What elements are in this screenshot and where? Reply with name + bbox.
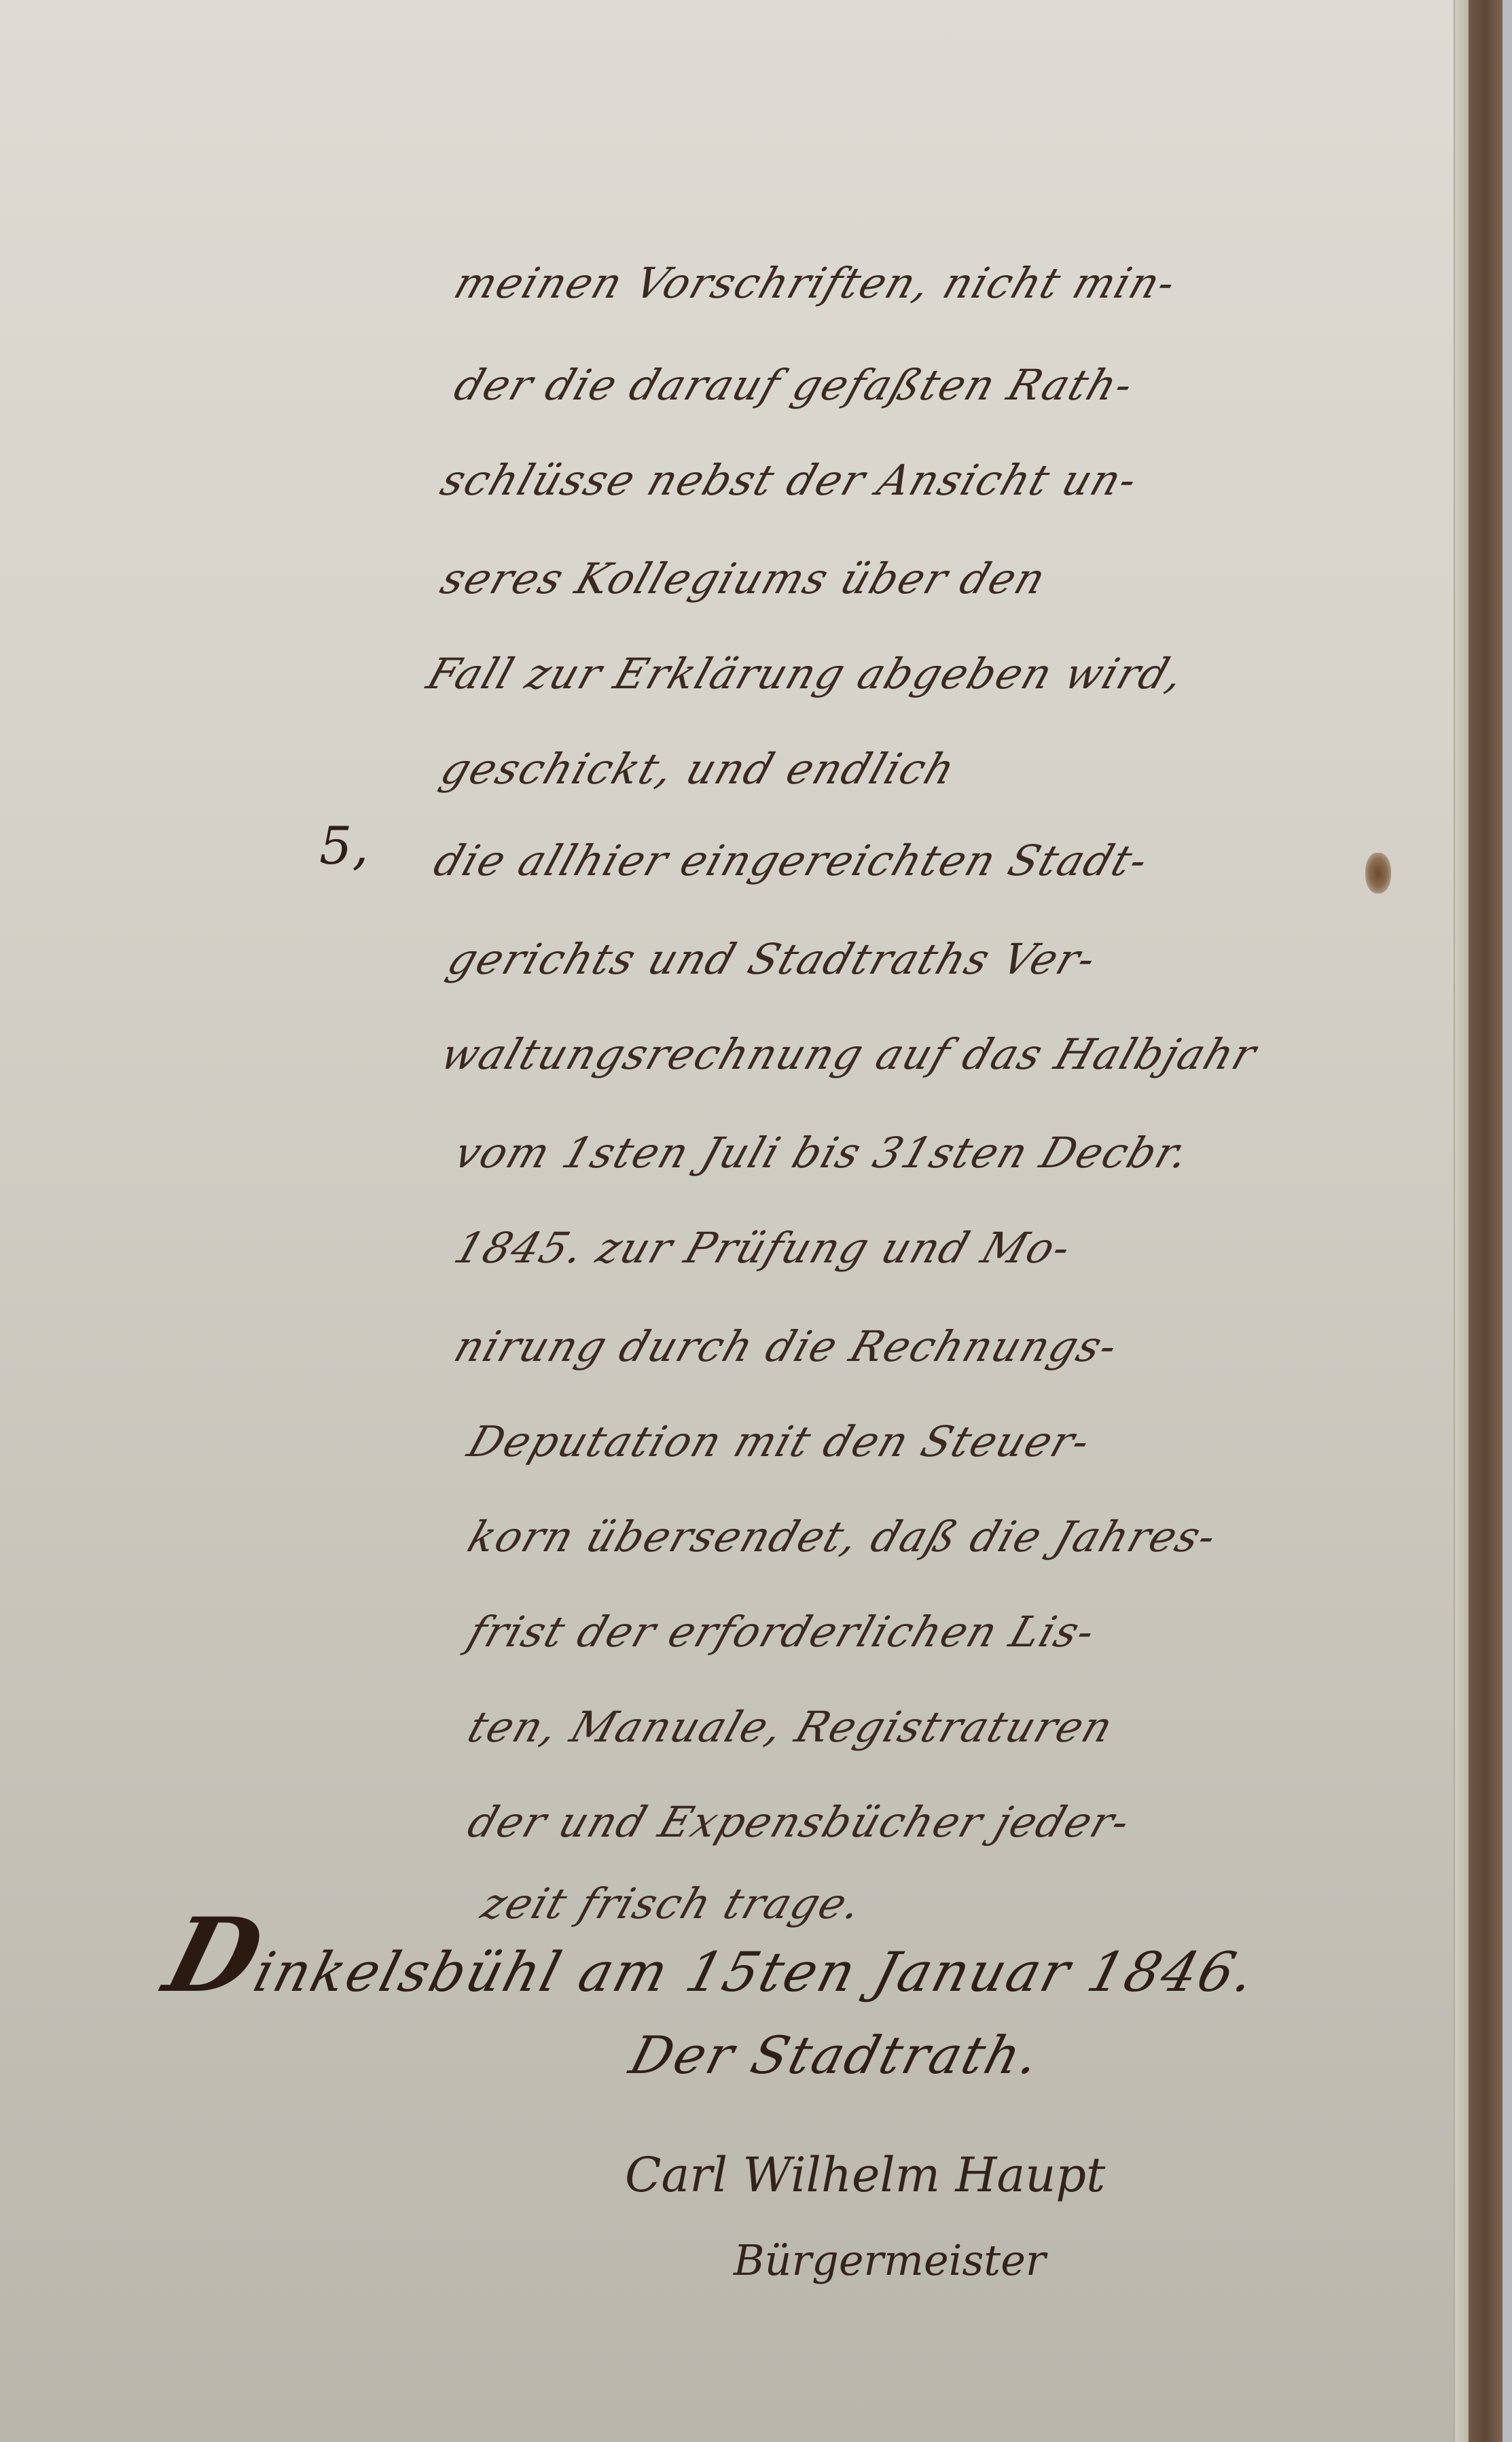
item5-line-9: frist der erforderlichen Lis- <box>462 1607 1102 1657</box>
signature-name: Carl Wilhelm Haupt <box>625 2147 1105 2203</box>
body-line-5: Fall zur Erklärung abgeben wird, <box>421 649 1191 698</box>
item5-line-10: ten, Manuale, Registraturen <box>462 1702 1120 1752</box>
item5-line-7: Deputation mit den Steuer- <box>462 1417 1098 1466</box>
background-edge <box>1502 0 1512 2442</box>
item5-line-5: 1845. zur Prüfung und Mo- <box>448 1223 1078 1273</box>
body-line-4: seres Kollegiums über den <box>435 554 1053 603</box>
page-fold-edge <box>1454 0 1470 2442</box>
manuscript-page: meinen Vorschriften, nicht min- der die … <box>0 0 1467 2442</box>
item5-line-11: der und Expensbücher jeder- <box>462 1797 1137 1847</box>
item5-line-1: die allhier eingereichten Stadt- <box>428 836 1155 885</box>
place-date-text: inkelsbühl am 15ten Januar 1846. <box>247 1941 1263 2004</box>
item5-line-8: korn übersendet, daß die Jahres- <box>462 1512 1224 1561</box>
item5-line-6: nirung durch die Rechnungs- <box>448 1322 1125 1371</box>
ink-stain <box>1365 853 1391 893</box>
authority-line: Der Stadtrath. <box>624 2025 1048 2085</box>
book-binding <box>1469 0 1502 2442</box>
body-line-2: der die darauf gefaßten Rath- <box>448 360 1140 410</box>
place-date-line: Dinkelsbühl am 15ten Januar 1846. <box>154 1896 1276 2015</box>
body-line-3: schlüsse nebst der Ansicht un- <box>435 455 1145 505</box>
signature-title: Bürgermeister <box>734 2235 1046 2285</box>
item5-line-3: waltungsrechnung auf das Halbjahr <box>435 1029 1263 1079</box>
item-number-5: 5, <box>319 815 369 876</box>
body-line-1: meinen Vorschriften, nicht min- <box>448 258 1183 308</box>
item5-line-4: vom 1sten Juli bis 31sten Decbr. <box>448 1128 1197 1178</box>
item5-line-2: gerichts und Stadtraths Ver- <box>442 934 1103 984</box>
body-line-6: geschickt, und endlich <box>435 744 962 794</box>
